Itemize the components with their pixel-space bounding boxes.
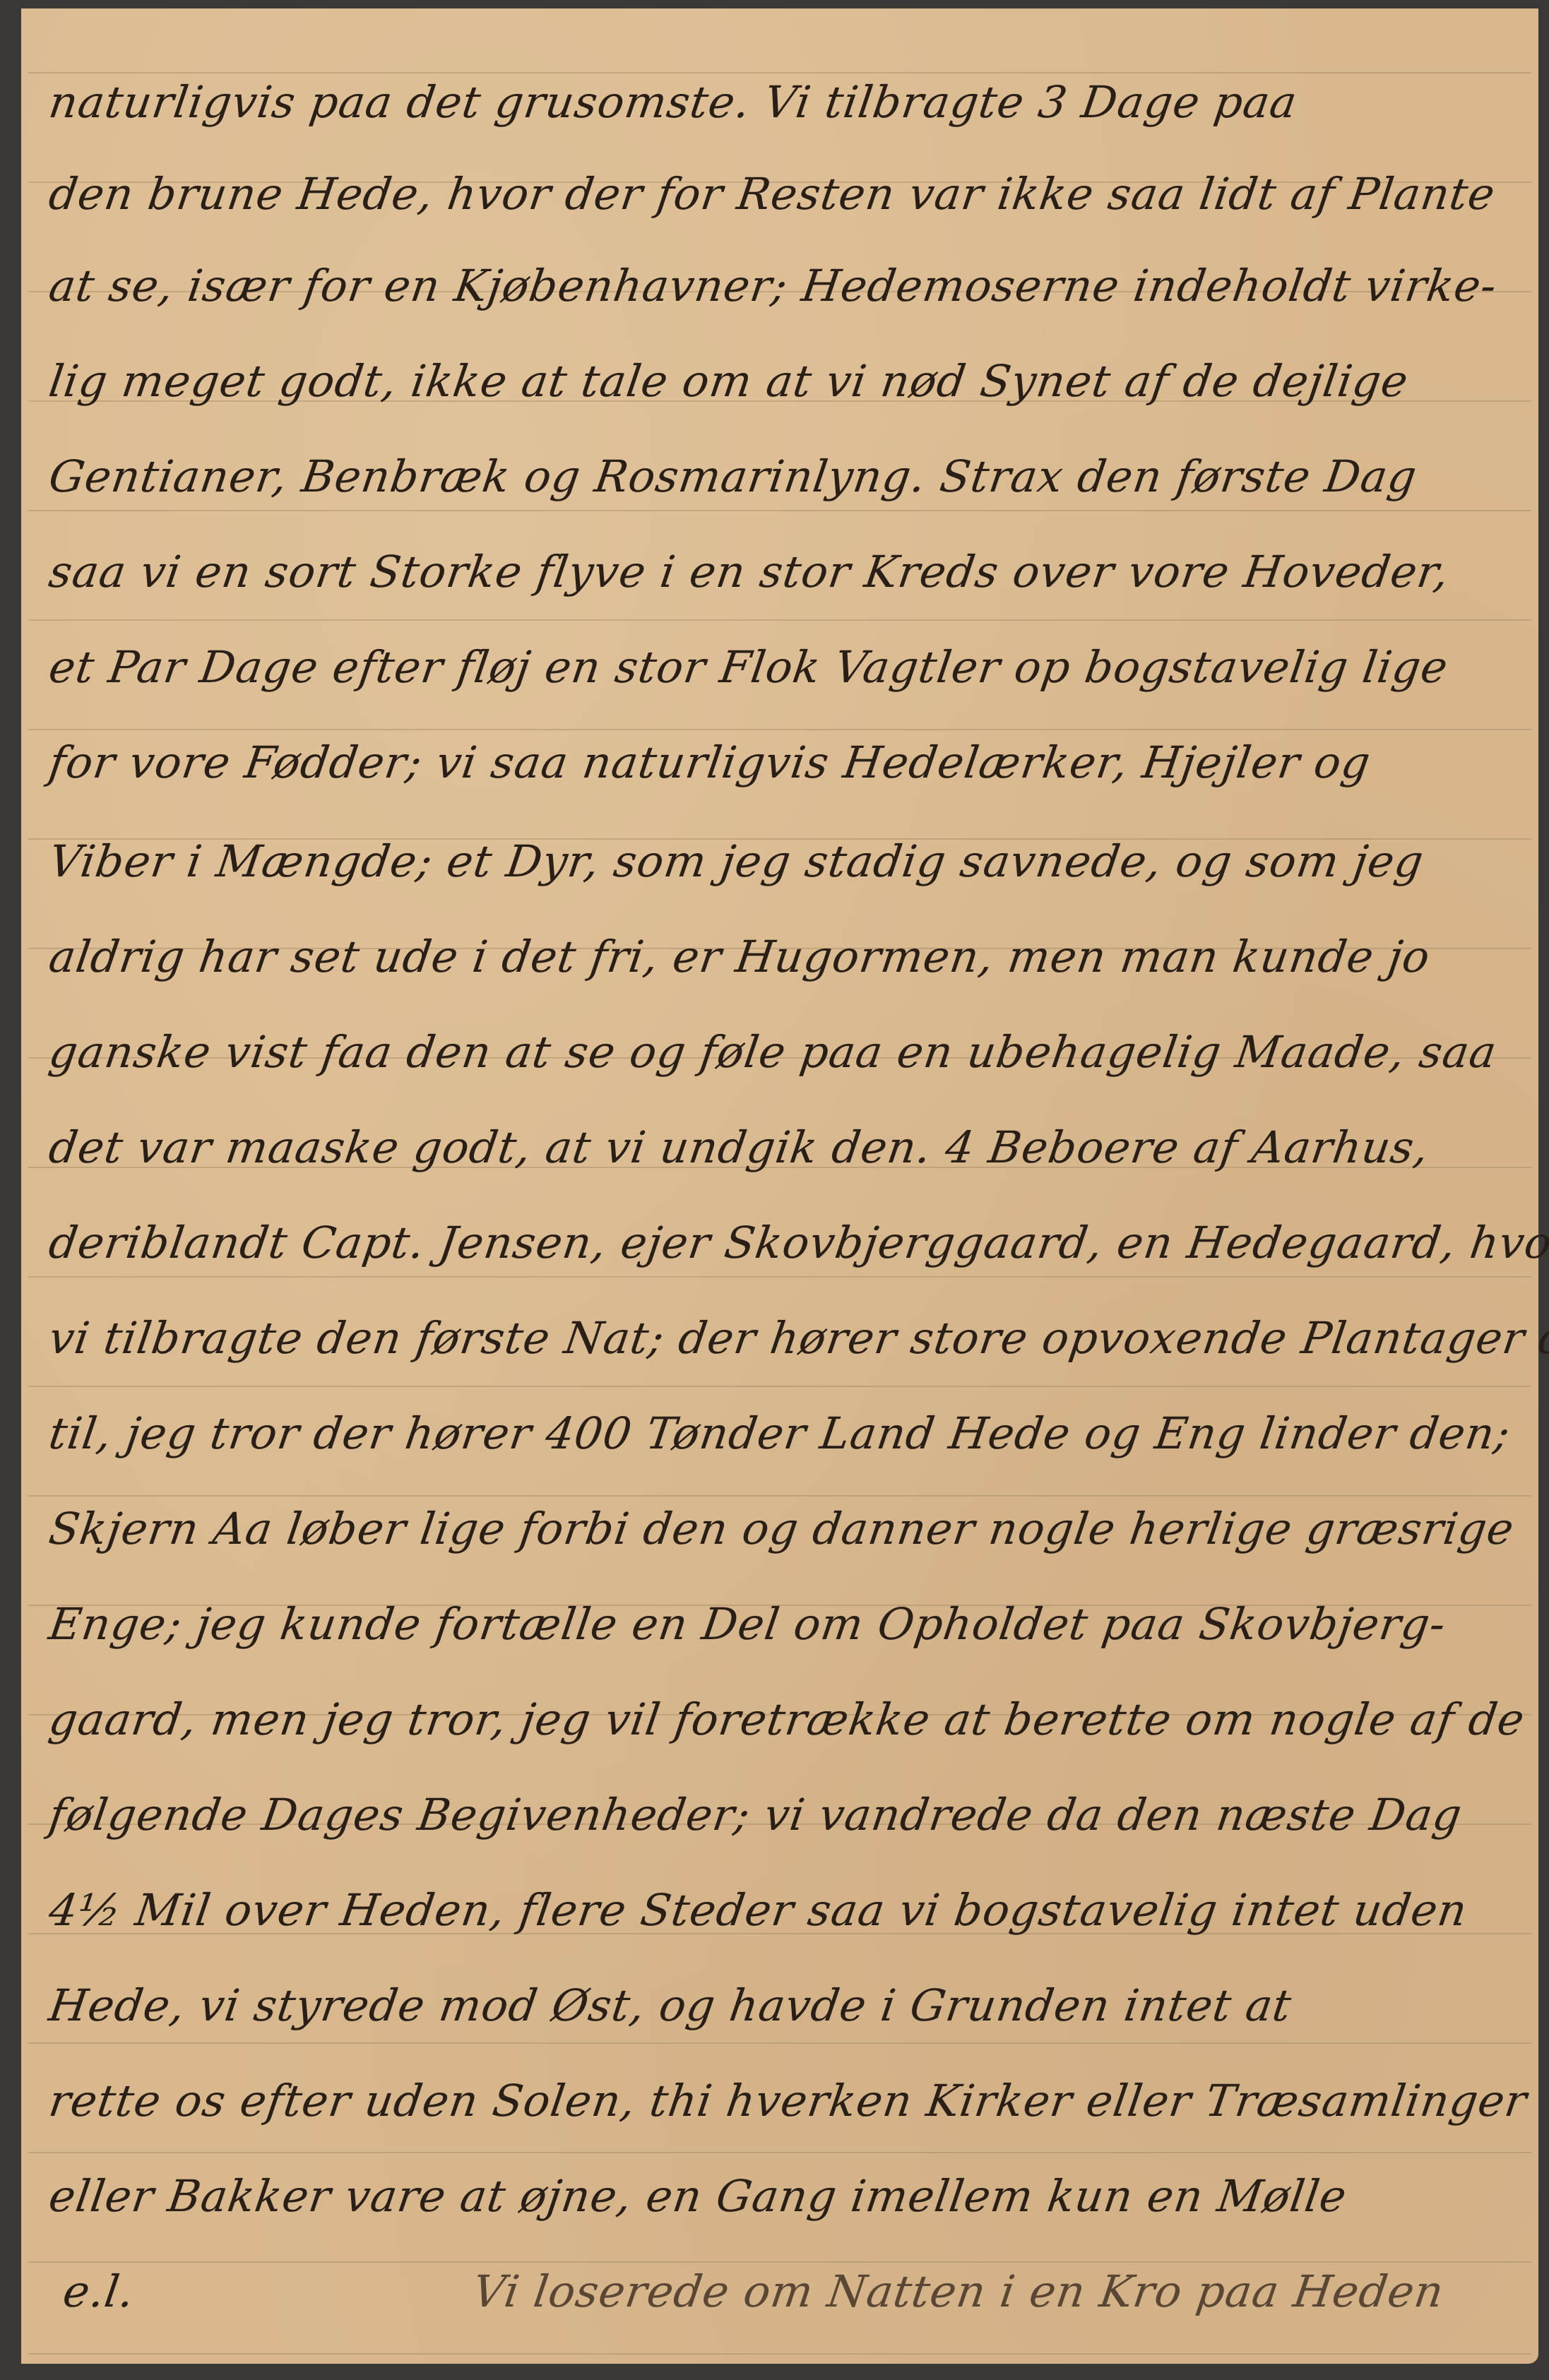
- text-line: vi tilbragte den første Nat; der hører s…: [44, 1299, 1515, 1377]
- ruled-line: [28, 1386, 1531, 1387]
- ruled-line: [28, 619, 1531, 621]
- ruled-line: [28, 2152, 1531, 2153]
- text-line: Gentianer, Benbræk og Rosmarinlyng. Stra…: [44, 438, 1515, 516]
- text-line: for vore Fødder; vi saa naturligvis Hede…: [44, 724, 1515, 802]
- text-line: ganske vist faa den at se og føle paa en…: [44, 1013, 1515, 1091]
- text-line: naturligvis paa det grusomste. Vi tilbra…: [44, 64, 1515, 141]
- text-line: deriblandt Capt. Jensen, ejer Skovbjergg…: [44, 1204, 1515, 1282]
- text-line: aldrig har set ude i det fri, er Hugorme…: [44, 918, 1515, 996]
- text-line: 4½ Mil over Heden, flere Steder saa vi b…: [44, 1872, 1515, 1949]
- text-line: følgende Dages Begivenheder; vi vandrede…: [44, 1776, 1515, 1854]
- text-line: Hede, vi styrede mod Øst, og havde i Gru…: [44, 1967, 1515, 2045]
- text-line: lig meget godt, ikke at tale om at vi nø…: [44, 343, 1515, 420]
- text-abbreviation: e.l.: [58, 2253, 139, 2331]
- text-line: et Par Dage efter fløj en stor Flok Vagt…: [44, 629, 1515, 706]
- text-line: at se, især for en Kjøbenhavner; Hedemos…: [44, 247, 1515, 325]
- text-line: Enge; jeg kunde fortælle en Del om Ophol…: [44, 1585, 1515, 1663]
- text-continuation-faded: Vi loserede om Natten i en Kro paa Heden: [468, 2253, 1449, 2331]
- text-line: Skjern Aa løber lige forbi den og danner…: [44, 1490, 1515, 1568]
- text-line: til, jeg tror der hører 400 Tønder Land …: [44, 1395, 1515, 1472]
- text-line: eller Bakker vare at øjne, en Gang imell…: [44, 2158, 1515, 2235]
- letter-page: naturligvis paa det grusomste. Vi tilbra…: [21, 8, 1538, 2364]
- text-line: rette os efter uden Solen, thi hverken K…: [44, 2062, 1515, 2140]
- text-line: gaard, men jeg tror, jeg vil foretrække …: [44, 1681, 1515, 1759]
- text-line-final: e.l. Vi loserede om Natten i en Kro paa …: [44, 2253, 1515, 2331]
- text-line: det var maaske godt, at vi undgik den. 4…: [44, 1109, 1515, 1186]
- text-line: Viber i Mængde; et Dyr, som jeg stadig s…: [44, 823, 1515, 900]
- ruled-line: [28, 2353, 1531, 2355]
- text-line: den brune Hede, hvor der for Resten var …: [44, 155, 1515, 233]
- text-line: saa vi en sort Storke flyve i en stor Kr…: [44, 533, 1515, 611]
